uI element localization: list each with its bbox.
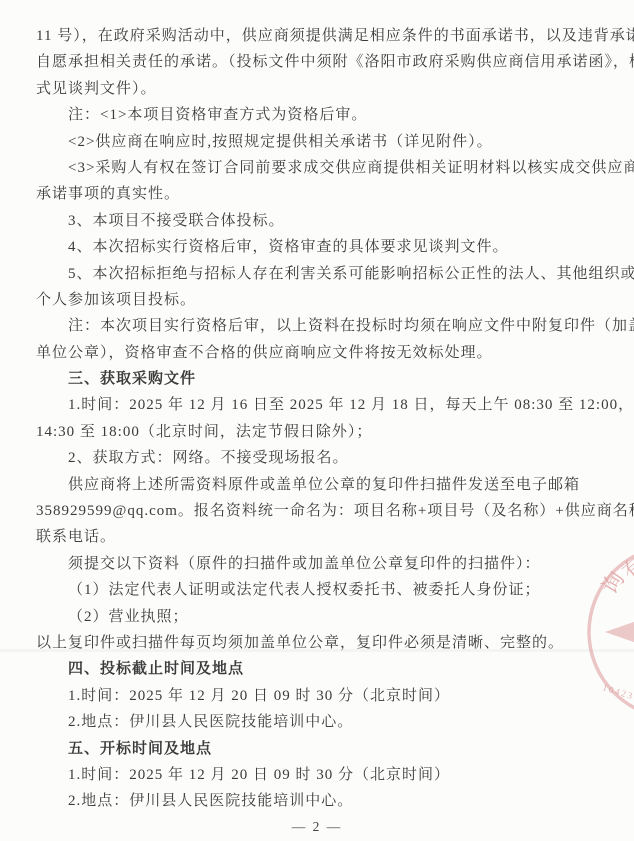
doc-line: 式见谈判文件）。: [36, 76, 634, 102]
page-number: — 2 —: [0, 819, 634, 835]
doc-section-heading: 三、获取采购文件: [36, 366, 634, 392]
doc-section-heading: 五、开标时间及地点: [36, 736, 634, 762]
doc-line: 4、本次招标实行资格后审，资格审查的具体要求见谈判文件。: [36, 234, 634, 260]
doc-line: 单位公章），资格审查不合格的供应商响应文件将按无效标处理。: [36, 340, 634, 366]
doc-line: <3>采购人有权在签订合同前要求成交供应商提供相关证明材料以核实成交供应商: [36, 155, 634, 181]
doc-line: 个人参加该项目投标。: [36, 287, 634, 313]
doc-line: 以上复印件或扫描件每页均须加盖单位公章，复印件必须是清晰、完整的。: [36, 630, 634, 656]
doc-line: 3、本项目不接受联合体投标。: [36, 208, 634, 234]
doc-line: 358929599@qq.com。报名资料统一命名为：项目名称+项目号（及名称）…: [36, 498, 634, 524]
doc-line: 1.时间：2025 年 12 月 16 日至 2025 年 12 月 18 日，…: [36, 392, 634, 418]
doc-line: 承诺事项的真实性。: [36, 181, 634, 207]
doc-line: 自愿承担相关责任的承诺。（投标文件中须附《洛阳市政府采购供应商信用承诺函》，格: [36, 49, 634, 75]
doc-line: 注：本次项目实行资格后审，以上资料在投标时均须在响应文件中附复印件（加盖: [36, 313, 634, 339]
seal-serial-number: 10423: [601, 682, 634, 701]
doc-line: 2.地点：伊川县人民医院技能培训中心。: [36, 709, 634, 735]
doc-line: 联系电话。: [36, 524, 634, 550]
scan-artifact-line: [0, 649, 634, 652]
document-body: 11 号），在政府采购活动中，供应商须提供满足相应条件的书面承诺书，以及违背承诺…: [36, 23, 634, 815]
doc-line: 2、获取方式：网络。不接受现场报名。: [36, 445, 634, 471]
doc-line: 11 号），在政府采购活动中，供应商须提供满足相应条件的书面承诺书，以及违背承诺: [36, 23, 634, 49]
doc-line: 1.时间：2025 年 12 月 20 日 09 时 30 分（北京时间）: [36, 683, 634, 709]
doc-line: 14:30 至 18:00（北京时间，法定节假日除外）；: [36, 419, 634, 445]
doc-line: 5、本次招标拒绝与招标人存在利害关系可能影响招标公正性的法人、其他组织或者: [36, 261, 634, 287]
doc-line: 须提交以下资料（原件的扫描件或加盖单位公章复印件的扫描件）：: [36, 551, 634, 577]
doc-line: 1.时间：2025 年 12 月 20 日 09 时 30 分（北京时间）: [36, 762, 634, 788]
doc-line: （1）法定代表人证明或法定代表人授权委托书、被委托人身份证；: [36, 577, 634, 603]
doc-line: 2.地点：伊川县人民医院技能培训中心。: [36, 788, 634, 814]
official-seal-stamp: 询 有 10423: [575, 532, 634, 732]
doc-line: <2>供应商在响应时,按照规定提供相关承诺书（详见附件）。: [36, 129, 634, 155]
document-page: 11 号），在政府采购活动中，供应商须提供满足相应条件的书面承诺书，以及违背承诺…: [0, 0, 634, 841]
doc-line: 供应商将上述所需资料原件或盖单位公章的复印件扫描件发送至电子邮箱: [36, 472, 634, 498]
doc-section-heading: 四、投标截止时间及地点: [36, 656, 634, 682]
doc-line: （2）营业执照；: [36, 604, 634, 630]
doc-line: 注：<1>本项目资格审查方式为资格后审。: [36, 102, 634, 128]
